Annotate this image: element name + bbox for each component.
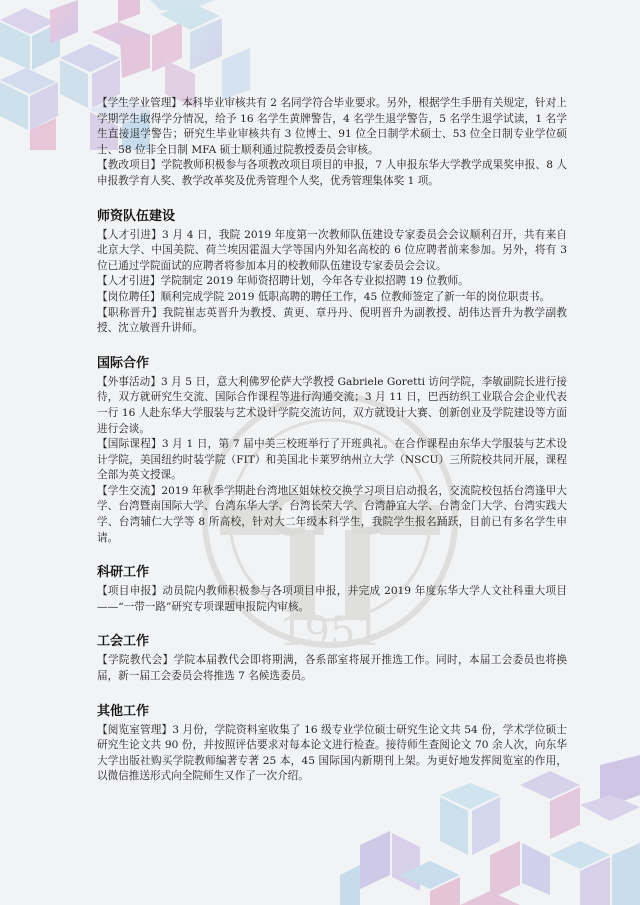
paragraph-text: 3 月 5 日，意大利佛罗伦萨大学教授 Gabriele Goretti 访问学… [97,376,567,435]
paragraph-tag: 【人才引进】 [97,275,161,287]
paragraph-tag: 【人才引进】 [97,229,162,241]
paragraph-tag: 【外事活动】 [97,376,161,388]
paragraph-staff-congress: 【学院教代会】学院本届教代会即将期满，各系部室将展开推选工作。同时，本届工会委员… [97,653,567,684]
paragraph-tag: 【岗位聘任】 [97,291,161,303]
paragraph-tag: 【阅览室管理】 [97,724,172,736]
paragraph-appointment: 【岗位聘任】顺利完成学院 2019 低职高聘的聘任工作，45 位教师签定了新一年… [97,290,567,306]
section-title: 国际合作 [97,355,567,373]
paragraph-tag: 【教改项目】 [97,159,161,171]
paragraph-tag: 【项目申报】 [97,585,162,597]
paragraph-text: 动员院内教师积极参与各项项目申报，并完成 2019 年度东华大学人文社科重大项目… [97,585,567,613]
paragraph-text: 学院教师积极参与各项教改项目项目的申报，7 人申报东华大学教学成果奖申报、8 人… [97,159,567,187]
section-faculty: 师资队伍建设 【人才引进】3 月 4 日，我院 2019 年度第一次教师队伍建设… [97,208,567,337]
paragraph-foreign-affairs: 【外事活动】3 月 5 日，意大利佛罗伦萨大学教授 Gabriele Goret… [97,375,567,437]
paragraph-tag: 【学生学业管理】 [97,97,182,109]
paragraph-text: 3 月 1 日，第 7 届中美三校班举行了开班典礼。在合作课程由东华大学服装与艺… [97,438,567,481]
paragraph-tag: 【国际课程】 [97,438,162,450]
section-title: 科研工作 [97,564,567,582]
paragraph-text: 2019 年秋季学期赴台湾地区姐妹校交换学习项目启动报名，交流院校包括台湾逢甲大… [97,485,567,544]
section-other: 其他工作 【阅览室管理】3 月份，学院资料室收集了 16 级专业学位硕士研究生论… [97,703,567,785]
paragraph-tag: 【学生交流】 [97,485,161,497]
paragraph-promotion: 【职称晋升】我院崔志英晋升为教授、黄更、章丹丹、倪明晋升为副教授、胡伟达晋升为教… [97,306,567,337]
paragraph-text: 3 月 4 日，我院 2019 年度第一次教师队伍建设专家委员会会议顺利召开，共… [97,229,567,272]
paragraph-text: 我院崔志英晋升为教授、黄更、章丹丹、倪明晋升为副教授、胡伟达晋升为教学副教授、沈… [97,307,567,335]
section-title: 其他工作 [97,703,567,721]
paragraph-student-academic: 【学生学业管理】本科毕业审核共有 2 名同学符合毕业要求。另外，根据学生手册有关… [97,96,567,158]
paragraph-project-application: 【项目申报】动员院内教师积极参与各项项目申报，并完成 2019 年度东华大学人文… [97,584,567,615]
paragraph-teaching-reform: 【教改项目】学院教师积极参与各项教改项目项目的申报，7 人申报东华大学教学成果奖… [97,158,567,189]
paragraph-talent-1: 【人才引进】3 月 4 日，我院 2019 年度第一次教师队伍建设专家委员会会议… [97,228,567,275]
section-research: 科研工作 【项目申报】动员院内教师积极参与各项项目申报，并完成 2019 年度东… [97,564,567,615]
paragraph-student-exchange: 【学生交流】2019 年秋季学期赴台湾地区姐妹校交换学习项目启动报名，交流院校包… [97,484,567,546]
section-union: 工会工作 【学院教代会】学院本届教代会即将期满，各系部室将展开推选工作。同时，本… [97,633,567,684]
paragraph-text: 学院制定 2019 年师资招聘计划，今年各专业拟招聘 19 位教师。 [161,275,469,287]
section-title: 师资队伍建设 [97,208,567,226]
paragraph-intl-courses: 【国际课程】3 月 1 日，第 7 届中美三校班举行了开班典礼。在合作课程由东华… [97,437,567,484]
paragraph-talent-2: 【人才引进】学院制定 2019 年师资招聘计划，今年各专业拟招聘 19 位教师。 [97,274,567,290]
paragraph-text: 顺利完成学院 2019 低职高聘的聘任工作，45 位教师签定了新一年的岗位职责书… [161,291,551,303]
report-content: 【学生学业管理】本科毕业审核共有 2 名同学符合毕业要求。另外，根据学生手册有关… [97,96,567,785]
paragraph-tag: 【职称晋升】 [97,307,163,319]
section-international: 国际合作 【外事活动】3 月 5 日，意大利佛罗伦萨大学教授 Gabriele … [97,355,567,547]
section-student-affairs: 【学生学业管理】本科毕业审核共有 2 名同学符合毕业要求。另外，根据学生手册有关… [97,96,567,190]
section-title: 工会工作 [97,633,567,651]
paragraph-tag: 【学院教代会】 [97,654,174,666]
paragraph-reading-room: 【阅览室管理】3 月份，学院资料室收集了 16 级专业学位硕士研究生论文共 54… [97,723,567,785]
